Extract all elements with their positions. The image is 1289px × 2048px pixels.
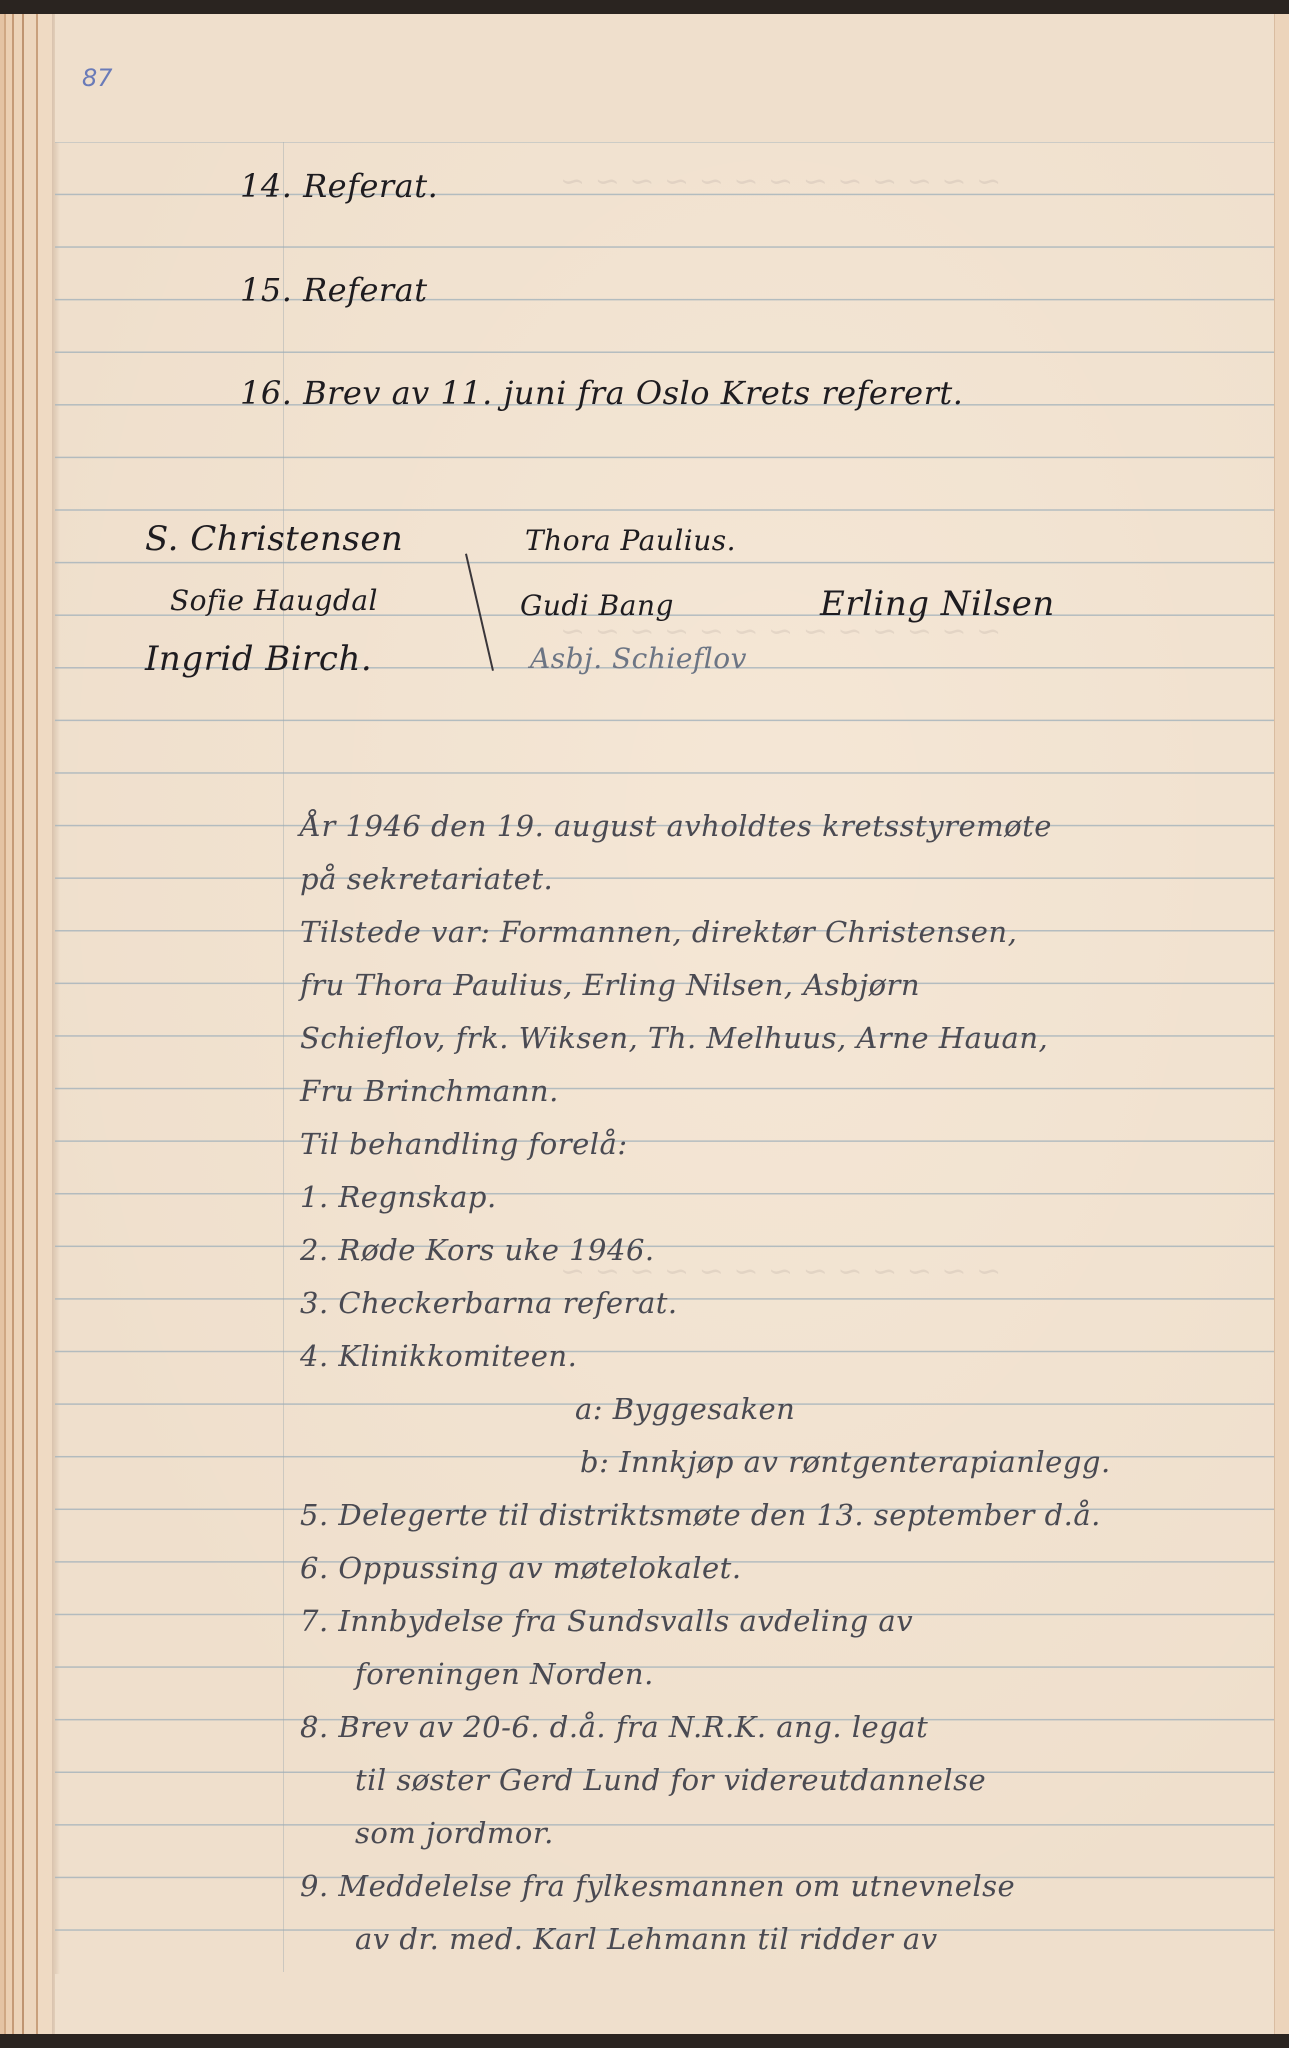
- agenda-number: a:: [575, 1392, 603, 1426]
- book-top-edge: [0, 0, 1289, 14]
- agenda-number: 2.: [300, 1233, 329, 1267]
- signature-christensen: S. Christensen: [145, 519, 403, 559]
- notebook-page: ~ ~ ~ ~ ~ ~ ~ ~ ~ ~ ~ ~ ~ ~ ~ ~ ~ ~ ~ ~ …: [0, 14, 1289, 2034]
- agenda-item-9: 9. Meddelelse fra fylkesmannen om utnevn…: [300, 1869, 1015, 1903]
- agenda-item-1: 1. Regnskap.: [300, 1180, 497, 1214]
- intro-line: Schieflov, frk. Wiksen, Th. Melhuus, Arn…: [300, 1021, 1048, 1055]
- agenda-number: 7.: [300, 1604, 329, 1638]
- agenda-item-6: 6. Oppussing av møtelokalet.: [300, 1551, 742, 1585]
- agenda-item-2: 2. Røde Kors uke 1946.: [300, 1233, 655, 1267]
- item-number: 15.: [240, 271, 292, 309]
- signature-paulius: Thora Paulius.: [525, 524, 736, 557]
- agenda-item-5: 5. Delegerte til distriktsmøte den 13. s…: [300, 1498, 1101, 1532]
- item-text: Referat.: [303, 167, 438, 205]
- agenda-text: Byggesaken: [613, 1392, 796, 1426]
- item-text: Referat: [303, 271, 428, 309]
- agenda-text: Checkerbarna referat.: [338, 1286, 677, 1320]
- margin-line: [283, 142, 284, 1972]
- item-number: 14.: [240, 167, 292, 205]
- agenda-item-8-cont: som jordmor.: [355, 1816, 554, 1850]
- item-16: 16. Brev av 11. juni fra Oslo Krets refe…: [240, 374, 963, 412]
- agenda-item-4: 4. Klinikkomiteen.: [300, 1339, 577, 1373]
- signature-birch: Ingrid Birch.: [145, 639, 372, 679]
- agenda-number: 9.: [300, 1869, 329, 1903]
- intro-line: på sekretariatet.: [300, 862, 553, 896]
- agenda-text: Meddelelse fra fylkesmannen om utnevnels…: [338, 1869, 1015, 1903]
- intro-line: Fru Brinchmann.: [300, 1074, 559, 1108]
- agenda-text: Innkjøp av røntgenterapianlegg.: [619, 1445, 1111, 1479]
- agenda-text: Oppussing av møtelokalet.: [338, 1551, 741, 1585]
- agenda-item-9-cont: av dr. med. Karl Lehmann til ridder av: [355, 1922, 938, 1956]
- agenda-item-8: 8. Brev av 20-6. d.å. fra N.R.K. ang. le…: [300, 1710, 928, 1744]
- agenda-number: 5.: [300, 1498, 329, 1532]
- item-14: 14. Referat.: [240, 167, 438, 205]
- agenda-number: 8.: [300, 1710, 329, 1744]
- agenda-item-3: 3. Checkerbarna referat.: [300, 1286, 678, 1320]
- book-bottom-edge: [0, 2034, 1289, 2048]
- agenda-number: 6.: [300, 1551, 329, 1585]
- agenda-number: b:: [580, 1445, 609, 1479]
- agenda-item-7: 7. Innbydelse fra Sundsvalls avdeling av: [300, 1604, 913, 1638]
- header-blank-area: [55, 14, 1274, 142]
- show-through-text: ~ ~ ~ ~ ~ ~ ~ ~ ~ ~ ~ ~ ~: [560, 164, 1001, 199]
- signature-bang: Gudi Bang: [520, 589, 674, 622]
- agenda-text: Røde Kors uke 1946.: [338, 1233, 654, 1267]
- agenda-subitem-b: b: Innkjøp av røntgenterapianlegg.: [580, 1445, 1111, 1479]
- agenda-item-8-cont: til søster Gerd Lund for videreutdannels…: [355, 1763, 986, 1797]
- agenda-text: Delegerte til distriktsmøte den 13. sept…: [338, 1498, 1101, 1532]
- agenda-text: Klinikkomiteen.: [338, 1339, 577, 1373]
- footer-blank-area: [55, 1974, 1274, 2034]
- item-text: Brev av 11. juni fra Oslo Krets referert…: [303, 374, 963, 412]
- item-15: 15. Referat: [240, 271, 428, 309]
- signature-nilsen: Erling Nilsen: [820, 584, 1055, 624]
- page-number: 87: [82, 64, 113, 92]
- item-number: 16.: [240, 374, 292, 412]
- agenda-heading: Til behandling forelå:: [300, 1127, 628, 1161]
- agenda-number: 1.: [300, 1180, 329, 1214]
- page-right-edge: [1274, 14, 1289, 2034]
- signature-schieflov: Asbj. Schieflov: [530, 642, 747, 675]
- intro-line: fru Thora Paulius, Erling Nilsen, Asbjør…: [300, 968, 920, 1002]
- page-stack-binding: [0, 14, 52, 2034]
- agenda-number: 4.: [300, 1339, 329, 1373]
- intro-line: Tilstede var: Formannen, direktør Christ…: [300, 915, 1017, 949]
- agenda-text: Regnskap.: [338, 1180, 496, 1214]
- intro-line: År 1946 den 19. august avholdtes kretsst…: [300, 809, 1052, 843]
- agenda-text: Innbydelse fra Sundsvalls avdeling av: [338, 1604, 913, 1638]
- signature-haugdal: Sofie Haugdal: [170, 584, 378, 617]
- agenda-text: Brev av 20-6. d.å. fra N.R.K. ang. legat: [338, 1710, 928, 1744]
- agenda-number: 3.: [300, 1286, 329, 1320]
- agenda-subitem-a: a: Byggesaken: [575, 1392, 795, 1426]
- agenda-item-7-cont: foreningen Norden.: [355, 1657, 654, 1691]
